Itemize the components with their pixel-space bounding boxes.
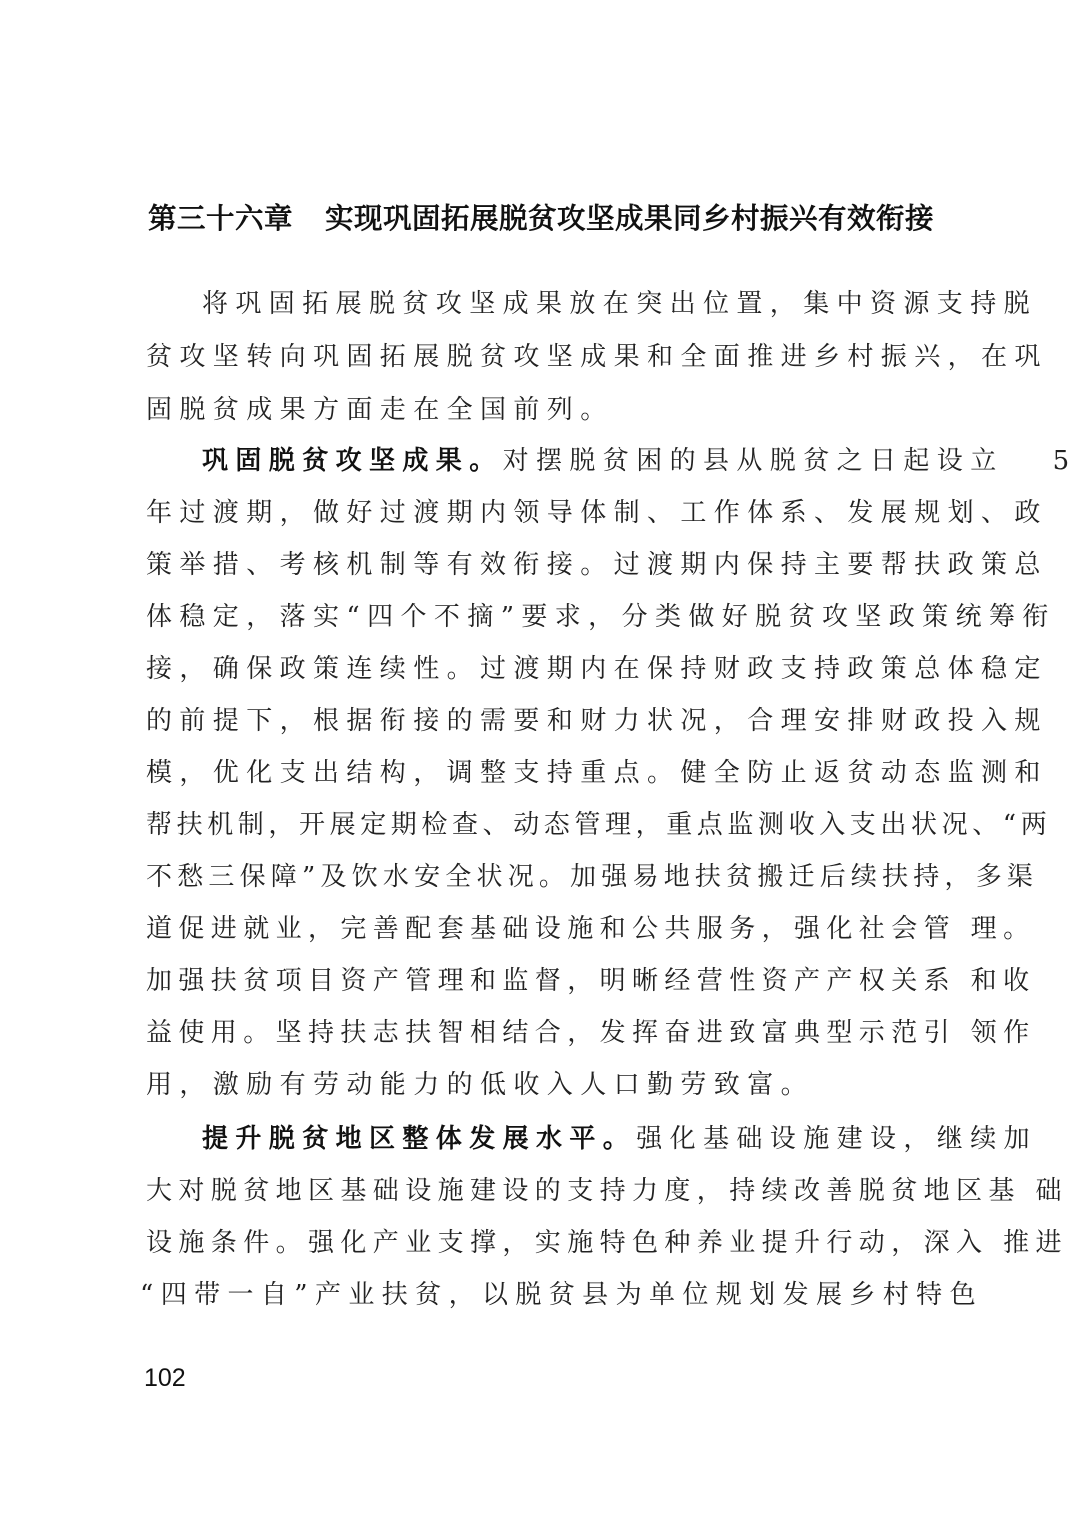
paragraph-2-line-1-text: 对摆脱贫困的县从脱贫之日起设立 5 <box>503 446 1077 476</box>
paragraph-2-line: 体稳定，落实“四个不摘”要求，分类做好脱贫攻坚政策统筹衔 <box>146 596 946 633</box>
section-heading: 巩固脱贫攻坚成果。 <box>202 446 503 476</box>
paragraph-2-line: 道促进就业，完善配套基础设施和公共服务，强化社会管 理。 <box>146 908 946 945</box>
paragraph-2-line: 用，激励有劳动能力的低收入人口勤劳致富。 <box>146 1064 946 1101</box>
section-heading: 提升脱贫地区整体发展水平。 <box>202 1124 636 1154</box>
chapter-title: 第三十六章实现巩固拓展脱贫攻坚成果同乡村振兴有效衔接 <box>148 196 948 237</box>
paragraph-2-line: 不愁三保障”及饮水安全状况。加强易地扶贫搬迁后续扶持，多渠 <box>146 856 946 893</box>
paragraph-3-line: 大对脱贫地区基础设施建设的支持力度，持续改善脱贫地区基 础 <box>146 1170 946 1207</box>
paragraph-2-line: 模，优化支出结构，调整支持重点。健全防止返贫动态监测和 <box>146 752 946 789</box>
paragraph-2-line: 策举措、考核机制等有效衔接。过渡期内保持主要帮扶政策总 <box>146 544 946 581</box>
paragraph-3-line: 设施条件。强化产业支撑，实施特色种养业提升行动，深入 推进 <box>146 1222 946 1259</box>
paragraph-2-line-1: 巩固脱贫攻坚成果。对摆脱贫困的县从脱贫之日起设立 5 <box>202 440 1002 477</box>
paragraph-2-line: 加强扶贫项目资产管理和监督，明晰经营性资产产权关系 和收 <box>146 960 946 997</box>
chapter-title-text: 实现巩固拓展脱贫攻坚成果同乡村振兴有效衔接 <box>325 202 934 235</box>
chapter-number: 第三十六章 <box>148 202 293 235</box>
page-number: 102 <box>144 1364 186 1393</box>
paragraph-3-line-1: 提升脱贫地区整体发展水平。强化基础设施建设，继续加 <box>202 1118 1002 1155</box>
paragraph-3-line-1-text: 强化基础设施建设，继续加 <box>636 1124 1037 1154</box>
paragraph-2-line: 接，确保政策连续性。过渡期内在保持财政支持政策总体稳定 <box>146 648 946 685</box>
document-page: 第三十六章实现巩固拓展脱贫攻坚成果同乡村振兴有效衔接 将巩固拓展脱贫攻坚成果放在… <box>0 0 1080 1527</box>
paragraph-3-line: “四带一自”产业扶贫，以脱贫县为单位规划发展乡村特色 <box>140 1274 940 1311</box>
paragraph-1-line-3: 固脱贫成果方面走在全国前列。 <box>146 389 946 426</box>
paragraph-1-line-2: 贫攻坚转向巩固拓展脱贫攻坚成果和全面推进乡村振兴，在巩 <box>146 336 946 373</box>
paragraph-2-line: 帮扶机制，开展定期检查、动态管理，重点监测收入支出状况、“两 <box>146 804 946 841</box>
paragraph-2-line: 的前提下，根据衔接的需要和财力状况，合理安排财政投入规 <box>146 700 946 737</box>
paragraph-2-line: 年过渡期，做好过渡期内领导体制、工作体系、发展规划、政 <box>146 492 946 529</box>
paragraph-2-line: 益使用。坚持扶志扶智相结合，发挥奋进致富典型示范引 领作 <box>146 1012 946 1049</box>
paragraph-1-line-1: 将巩固拓展脱贫攻坚成果放在突出位置，集中资源支持脱 <box>202 283 1002 320</box>
